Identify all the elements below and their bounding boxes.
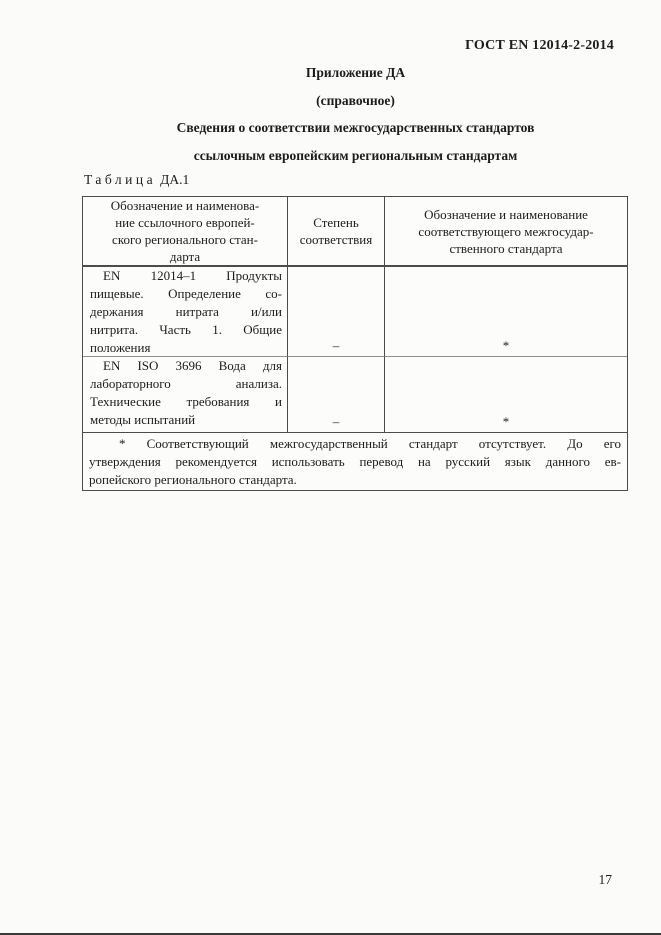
table-caption-number: ДА.1 <box>160 172 189 187</box>
table-row-2-standard: EN ISO 3696 Вода длялабораторного анализ… <box>83 357 288 433</box>
appendix-title-line1: Сведения о соответствии межгосударственн… <box>83 120 628 136</box>
correspondence-table: Обозначение и наименова-ние ссылочного е… <box>82 196 628 491</box>
appendix-title-line2: ссылочным европейским региональным станд… <box>83 148 628 164</box>
table-row-1-degree: – <box>288 267 385 357</box>
header-cell-degree: Степеньсоответствия <box>288 197 385 267</box>
table-row-2-interstate: * <box>385 357 627 433</box>
appendix-kind: (справочное) <box>83 93 628 109</box>
header-cell-referenced-standard: Обозначение и наименова-ние ссылочного е… <box>83 197 288 267</box>
page-number: 17 <box>599 872 613 888</box>
table-row-2-degree: – <box>288 357 385 433</box>
table-footnote: * Соответствующий межгосударственный ста… <box>83 433 627 490</box>
document-page: { "page": { "doc_number": "ГОСТ EN 12014… <box>0 0 661 935</box>
appendix-label: Приложение ДА <box>83 65 628 81</box>
table-caption: ТаблицаДА.1 <box>84 172 189 188</box>
table-row-1-standard: EN 12014–1 Продуктыпищевые. Определение … <box>83 267 288 357</box>
table-caption-word: Таблица <box>84 172 156 187</box>
document-number: ГОСТ EN 12014-2-2014 <box>465 38 614 54</box>
table-row-1-interstate: * <box>385 267 627 357</box>
header-cell-interstate-standard: Обозначение и наименованиесоответствующе… <box>385 197 627 267</box>
